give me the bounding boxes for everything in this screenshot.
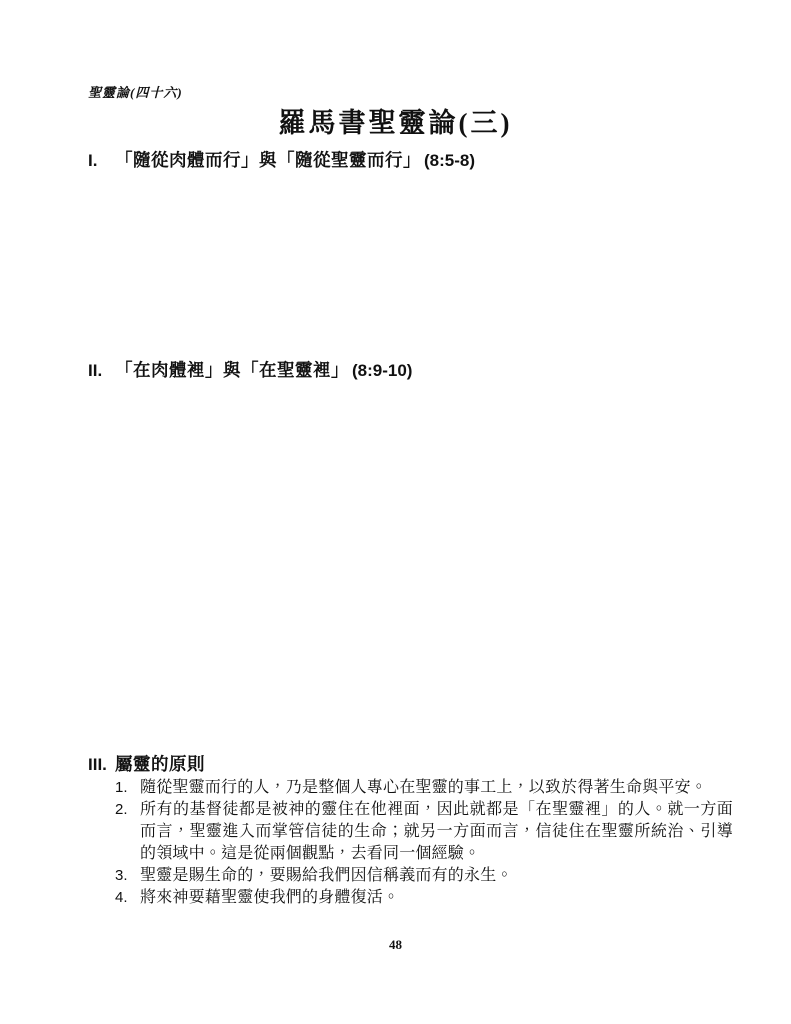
principles-list: 1. 隨從聖靈而行的人，乃是整個人專心在聖靈的事工上，以致於得著生命與平安。 2… — [115, 777, 733, 909]
list-item-number: 3. — [115, 865, 140, 887]
section-heading-2: II. 「在肉體裡」與「在聖靈裡」 (8:9-10) — [88, 357, 412, 382]
section-1-scripture-ref: (8:5-8) — [424, 151, 475, 171]
list-item-text: 聖靈是賜生命的，要賜給我們因信稱義而有的永生。 — [140, 865, 733, 887]
list-item-text: 隨從聖靈而行的人，乃是整個人專心在聖靈的事工上，以致於得著生命與平安。 — [140, 777, 733, 799]
section-3-numeral: III. — [88, 755, 115, 775]
section-heading-3: III. 屬靈的原則 — [88, 751, 205, 776]
list-item: 3. 聖靈是賜生命的，要賜給我們因信稱義而有的永生。 — [115, 865, 733, 887]
section-2-title: 「在肉體裡」與「在聖靈裡」 — [115, 357, 349, 382]
list-item: 4. 將來神要藉聖靈使我們的身體復活。 — [115, 887, 733, 909]
list-item-number: 4. — [115, 887, 140, 909]
list-item: 2. 所有的基督徒都是被神的靈住在他裡面，因此就都是「在聖靈裡」的人。就一方面而… — [115, 799, 733, 865]
running-header: 聖靈論(四十六) — [88, 82, 183, 101]
section-1-title: 「隨從肉體而行」與「隨從聖靈而行」 — [115, 147, 421, 172]
list-item-number: 1. — [115, 777, 140, 799]
section-1-numeral: I. — [88, 151, 115, 171]
section-2-numeral: II. — [88, 361, 115, 381]
list-item: 1. 隨從聖靈而行的人，乃是整個人專心在聖靈的事工上，以致於得著生命與平安。 — [115, 777, 733, 799]
document-page: 聖靈論(四十六) 羅馬書聖靈論(三) I. 「隨從肉體而行」與「隨從聖靈而行」 … — [0, 0, 791, 1024]
list-item-number: 2. — [115, 799, 140, 821]
section-heading-1: I. 「隨從肉體而行」與「隨從聖靈而行」 (8:5-8) — [88, 147, 475, 172]
list-item-text: 所有的基督徒都是被神的靈住在他裡面，因此就都是「在聖靈裡」的人。就一方面而言，聖… — [140, 799, 733, 865]
page-number: 48 — [0, 937, 791, 953]
page-title: 羅馬書聖靈論(三) — [0, 101, 791, 140]
list-item-text: 將來神要藉聖靈使我們的身體復活。 — [140, 887, 733, 909]
section-2-scripture-ref: (8:9-10) — [352, 361, 412, 381]
section-3-title: 屬靈的原則 — [115, 751, 205, 776]
